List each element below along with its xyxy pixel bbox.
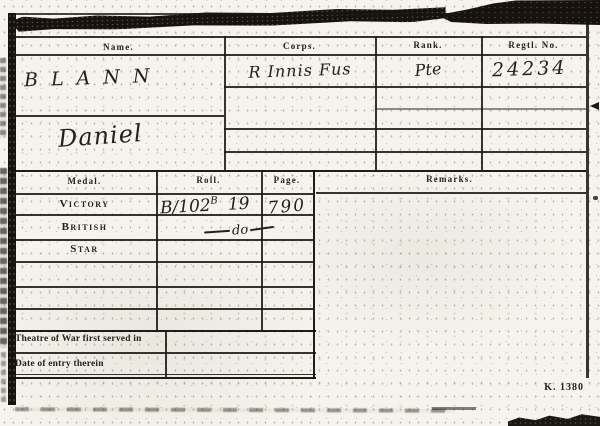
scan-smudge-left-upper: [0, 58, 6, 138]
scan-dot-right-edge: [593, 196, 598, 200]
regtl-no-column-header: Regtl. No.: [481, 40, 586, 50]
medal-column-header: Medal.: [13, 176, 156, 186]
scan-smudge-bottom-line: [15, 407, 455, 413]
page-column-header: Page.: [261, 175, 313, 185]
rule: [224, 86, 586, 88]
rule: [224, 36, 226, 170]
rule: [13, 54, 586, 56]
rule: [13, 193, 313, 195]
theatre-of-war-label: Theatre of War first served in: [15, 334, 142, 344]
scan-smudge-bottom-dash: [432, 407, 476, 410]
corps-handwritten: R Innis Fus: [232, 59, 369, 83]
rank-handwritten: Pte: [404, 58, 451, 81]
medal-row-british: British: [13, 221, 156, 233]
scan-artifact-bottom-right-blob: [508, 413, 600, 426]
form-reference-number: K. 1380: [524, 382, 584, 393]
spacer: [218, 210, 228, 211]
scan-smudge-left-lower: [1, 352, 6, 402]
card-right-border: [586, 13, 589, 378]
victory-page-handwritten: 790: [263, 195, 311, 219]
remarks-column-header: Remarks.: [313, 174, 586, 184]
ditto-dash-right: [250, 226, 274, 231]
rule: [165, 330, 167, 377]
name-column-header: Name.: [13, 42, 224, 52]
surname-handwritten: BLANN: [24, 65, 163, 92]
ditto-text: do: [230, 222, 251, 238]
ditto-dash-left: [204, 230, 230, 234]
rule: [13, 377, 316, 379]
scan-artifact-top-band: [10, 6, 446, 32]
rule: [13, 308, 313, 310]
roll-column-header: Roll.: [156, 175, 261, 185]
rule: [261, 170, 263, 330]
rule: [13, 36, 586, 38]
date-of-entry-label: Date of entry therein: [15, 359, 104, 369]
rule: [156, 170, 158, 330]
regtl-no-handwritten: 24234: [492, 57, 568, 82]
rule: [13, 170, 586, 172]
roll-reference-superscript: B: [210, 195, 218, 206]
rule: [375, 36, 377, 170]
rule: [13, 115, 224, 117]
roll-reference: B/102: [160, 196, 212, 219]
corps-column-header: Corps.: [224, 41, 375, 51]
rule: [313, 170, 315, 378]
rule: [224, 151, 586, 153]
roll-list-number: 19: [227, 194, 250, 215]
rule: [13, 261, 313, 263]
forename-handwritten: Daniel: [57, 119, 143, 153]
rule: [316, 192, 586, 194]
scan-smudge-left-middle: [0, 168, 7, 348]
card-top-edge: [10, 13, 586, 15]
rule: [224, 128, 586, 130]
rank-column-header: Rank.: [375, 40, 481, 50]
medal-row-victory: Victory: [13, 198, 156, 210]
rule: [481, 36, 483, 170]
medal-row-star: Star: [13, 243, 156, 255]
rule: [13, 286, 313, 288]
rule: [13, 239, 313, 241]
scan-mark-right-edge: [590, 102, 599, 110]
medal-index-card-scan: Name. Corps. Rank. Regtl. No. Medal. Rol…: [0, 0, 600, 426]
